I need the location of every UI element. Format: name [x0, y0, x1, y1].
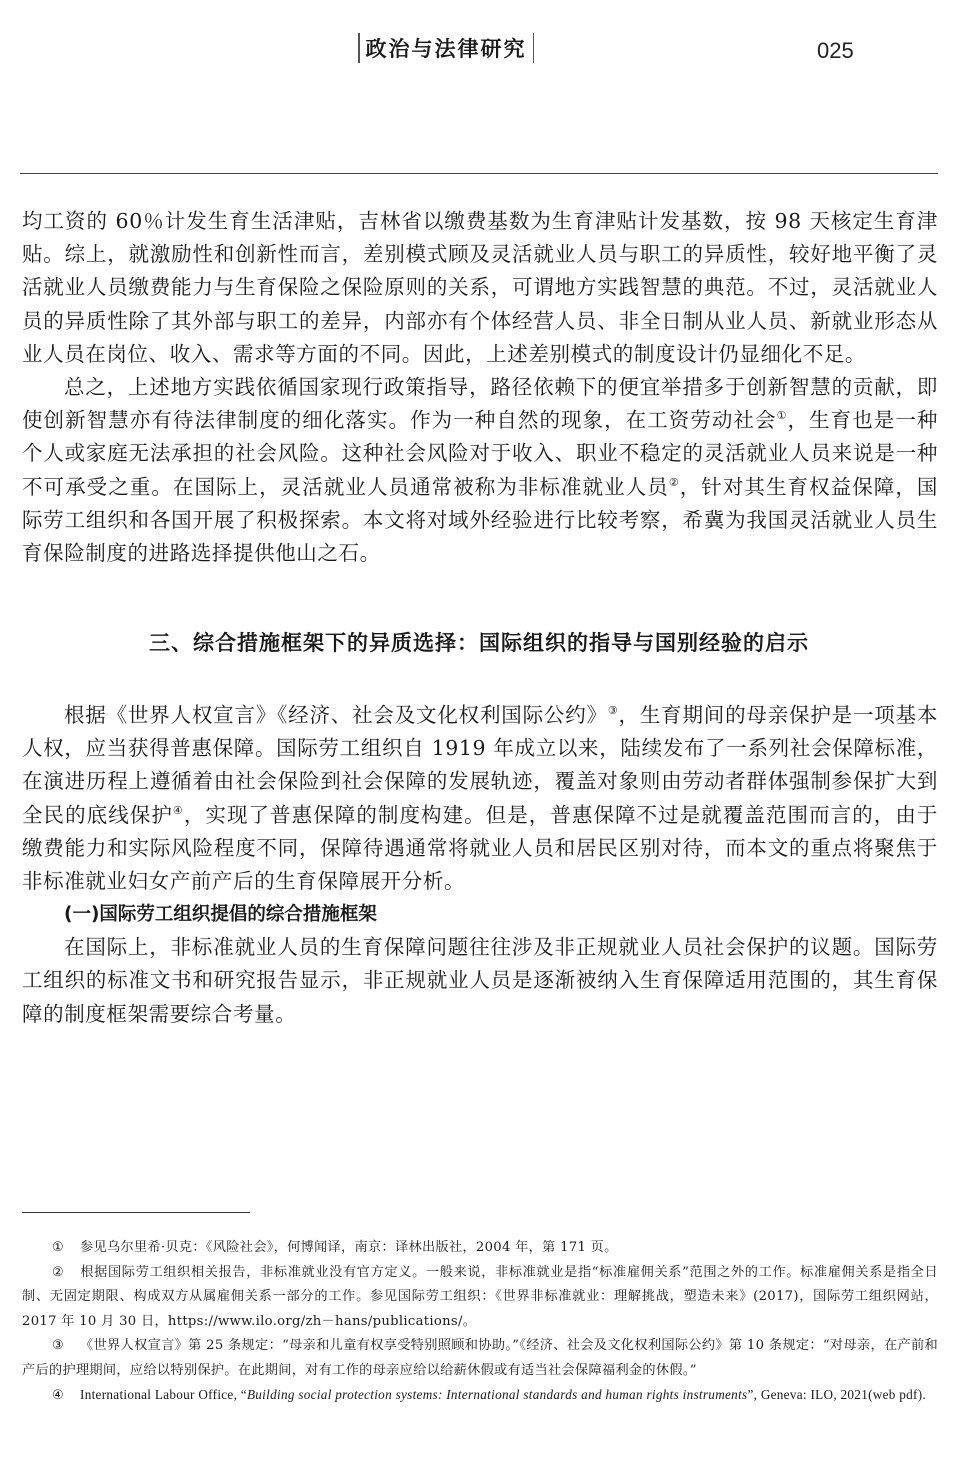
paragraph-1: 均工资的 60％计发生育生活津贴，吉林省以缴费基数为生育津贴计发基数，按 98 …	[22, 205, 938, 371]
footnote-divider	[22, 1212, 250, 1213]
journal-title-text: 政治与法律研究	[366, 33, 527, 63]
footnote-ref-2[interactable]: ②	[669, 476, 680, 489]
subsection-heading: (一)国际劳工组织提倡的综合措施框架	[22, 898, 938, 931]
footnote-mark: ④	[52, 1383, 80, 1408]
footnote-1: ①参见乌尔里希·贝克：《风险社会》，何博闻译，南京：译林出版社，2004 年，第…	[22, 1236, 938, 1261]
paragraph-3: 根据《世界人权宣言》《经济、社会及文化权利国际公约》③，生育期间的母亲保护是一项…	[22, 699, 938, 898]
footnote-4: ④International Labour Office, “Building …	[22, 1383, 938, 1408]
footnote-text: 《世界人权宣言》第 25 条规定：“母亲和儿童有权享受特别照顾和协助。”《经济、…	[22, 1338, 938, 1378]
footnote-2: ②根据国际劳工组织相关报告，非标准就业没有官方定义。一般来说，非标准就业是指“标…	[22, 1261, 938, 1335]
section-heading: 三、综合措施框架下的异质选择：国际组织的指导与国别经验的启示	[0, 627, 958, 657]
footnote-text-after: ”, Geneva: ILO, 2021(web pdf).	[747, 1387, 926, 1402]
footnote-ref-3[interactable]: ③	[608, 704, 619, 717]
footnote-text-before: International Labour Office, “	[80, 1387, 247, 1402]
header-divider	[20, 173, 938, 174]
page-number: 025	[817, 38, 854, 64]
footnote-text: 根据国际劳工组织相关报告，非标准就业没有官方定义。一般来说，非标准就业是指“标准…	[22, 1265, 938, 1329]
footnotes: ①参见乌尔里希·贝克：《风险社会》，何博闻译，南京：译林出版社，2004 年，第…	[22, 1236, 938, 1408]
footnote-ref-4[interactable]: ④	[173, 804, 184, 817]
header-bar-left	[358, 33, 360, 63]
footnote-mark: ③	[52, 1334, 80, 1359]
footnote-mark: ②	[52, 1261, 80, 1286]
journal-title: 政治与法律研究	[352, 30, 540, 66]
footnote-text: 参见乌尔里希·贝克：《风险社会》，何博闻译，南京：译林出版社，2004 年，第 …	[80, 1240, 618, 1255]
paragraph-2: 总之，上述地方实践依循国家现行政策指导，路径依赖下的便宜举措多于创新智慧的贡献，…	[22, 371, 938, 570]
body-block-2: 根据《世界人权宣言》《经济、社会及文化权利国际公约》③，生育期间的母亲保护是一项…	[22, 699, 938, 1031]
header-bar-right	[533, 33, 535, 63]
paragraph-4: 在国际上，非标准就业人员的生育保障问题往往涉及非正规就业人员社会保护的议题。国际…	[22, 931, 938, 1031]
footnote-ref-1[interactable]: ①	[777, 409, 788, 422]
body-block-1: 均工资的 60％计发生育生活津贴，吉林省以缴费基数为生育津贴计发基数，按 98 …	[22, 205, 938, 570]
paragraph-3-text-a: 根据《世界人权宣言》《经济、社会及文化权利国际公约》	[64, 703, 608, 727]
footnote-3: ③《世界人权宣言》第 25 条规定：“母亲和儿童有权享受特别照顾和协助。”《经济…	[22, 1334, 938, 1383]
footnote-cited-title: Building social protection systems: Inte…	[247, 1387, 748, 1402]
footnote-mark: ①	[52, 1236, 80, 1261]
